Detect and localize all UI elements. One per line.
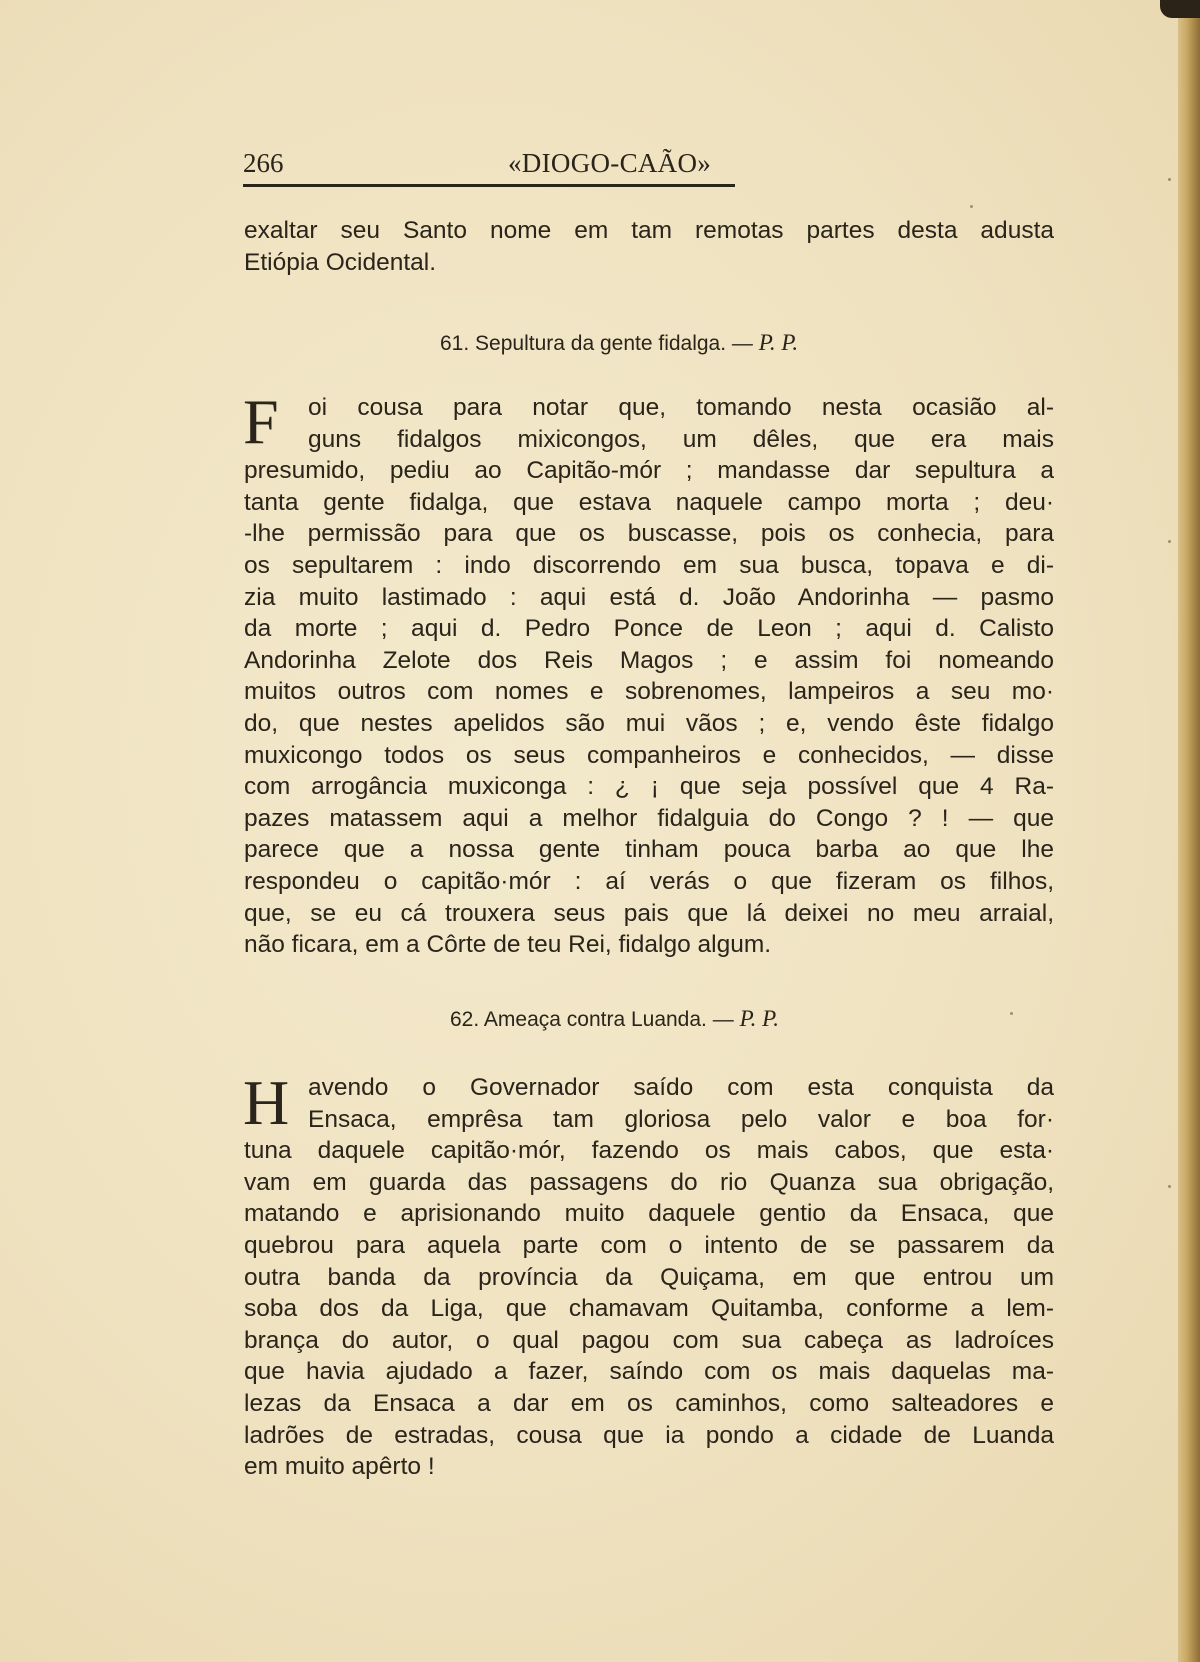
paper-speck [1168, 178, 1171, 181]
text-line: que havia ajudado a fazer, saíndo com os… [244, 1356, 1054, 1388]
paper-speck [970, 205, 973, 208]
section-title: Sepultura da gente fidalga. [475, 332, 726, 355]
paper-speck [1168, 540, 1171, 543]
section-number: 62. [450, 1008, 479, 1031]
text-line: os sepultarem : indo discorrendo em sua … [244, 550, 1054, 582]
page-number: 266 [243, 148, 284, 179]
text-line: avendo o Governador saído com esta conqu… [244, 1072, 1054, 1104]
text-line: tanta gente fidalga, que estava naquele … [244, 487, 1054, 519]
intro-paragraph: exaltar seu Santo nome em tam remotas pa… [244, 215, 1054, 278]
header-rule [243, 184, 735, 187]
text-line: muitos outros com nomes e sobrenomes, la… [244, 676, 1054, 708]
text-line: Andorinha Zelote dos Reis Magos ; e assi… [244, 645, 1054, 677]
text-line: guns fidalgos mixicongos, um dêles, que … [244, 424, 1054, 456]
running-head: 266 «DIOGO-CAÃO» [243, 142, 735, 178]
text-line: em muito apêrto ! [244, 1451, 1054, 1483]
text-line: que, se eu cá trouxera seus pais que lá … [244, 898, 1054, 930]
text-line: zia muito lastimado : aqui está d. João … [244, 582, 1054, 614]
text-line: outra banda da província da Quiçama, em … [244, 1262, 1054, 1294]
text-line: vam em guarda das passagens do rio Quanz… [244, 1167, 1054, 1199]
section-title: Ameaça contra Luanda. [484, 1008, 707, 1031]
section-number: 61. [440, 332, 469, 355]
text-line: respondeu o capitão·mór : aí verás o que… [244, 866, 1054, 898]
text-line: soba dos da Liga, que chamavam Quitamba,… [244, 1293, 1054, 1325]
section-dash: — [713, 1008, 734, 1031]
section-author: P. P. [740, 1006, 779, 1031]
text-line: presumido, pediu ao Capitão-mór ; mandas… [244, 455, 1054, 487]
text-line: ladrões de estradas, cousa que ia pondo … [244, 1420, 1054, 1452]
text-line: Etiópia Ocidental. [244, 247, 1054, 279]
text-line: lezas da Ensaca a dar em os caminhos, co… [244, 1388, 1054, 1420]
text-line: quebrou para aquela parte com o intento … [244, 1230, 1054, 1262]
text-line: pazes matassem aqui a melhor fidalguia d… [244, 803, 1054, 835]
text-line: tuna daquele capitão·mór, fazendo os mai… [244, 1135, 1054, 1167]
text-line: brança do autor, o qual pagou com sua ca… [244, 1325, 1054, 1357]
text-line: com arrogância muxiconga : ¿ ¡ que seja … [244, 771, 1054, 803]
text-line: do, que nestes apelidos são mui vãos ; e… [244, 708, 1054, 740]
text-line: Ensaca, emprêsa tam gloriosa pelo valor … [244, 1104, 1054, 1136]
section-61-paragraph: oi cousa para notar que, tomando nesta o… [244, 392, 1054, 961]
text-line: não ficara, em a Côrte de teu Rei, fidal… [244, 929, 1054, 961]
section-dash: — [732, 332, 753, 355]
book-page: 266 «DIOGO-CAÃO» exaltar seu Santo nome … [0, 0, 1200, 1662]
section-heading-62: 62. Ameaça contra Luanda. — P. P. [450, 1006, 779, 1032]
page-corner-shadow [1160, 0, 1200, 18]
text-line: parece que a nossa gente tinham pouca ba… [244, 834, 1054, 866]
text-line: da morte ; aqui d. Pedro Ponce de Leon ;… [244, 613, 1054, 645]
section-author: P. P. [759, 330, 798, 355]
paper-speck [1010, 1012, 1013, 1015]
text-line: matando e aprisionando muito daquele gen… [244, 1198, 1054, 1230]
section-62-paragraph: avendo o Governador saído com esta conqu… [244, 1072, 1054, 1483]
text-line: -lhe permissão para que os buscasse, poi… [244, 518, 1054, 550]
paper-speck [1168, 1185, 1171, 1188]
text-line: exaltar seu Santo nome em tam remotas pa… [244, 215, 1054, 247]
journal-title: «DIOGO-CAÃO» [508, 148, 711, 179]
text-line: oi cousa para notar que, tomando nesta o… [244, 392, 1054, 424]
section-heading-61: 61. Sepultura da gente fidalga. — P. P. [440, 330, 798, 356]
page-edge [1178, 0, 1200, 1662]
text-line: muxicongo todos os seus companheiros e c… [244, 740, 1054, 772]
